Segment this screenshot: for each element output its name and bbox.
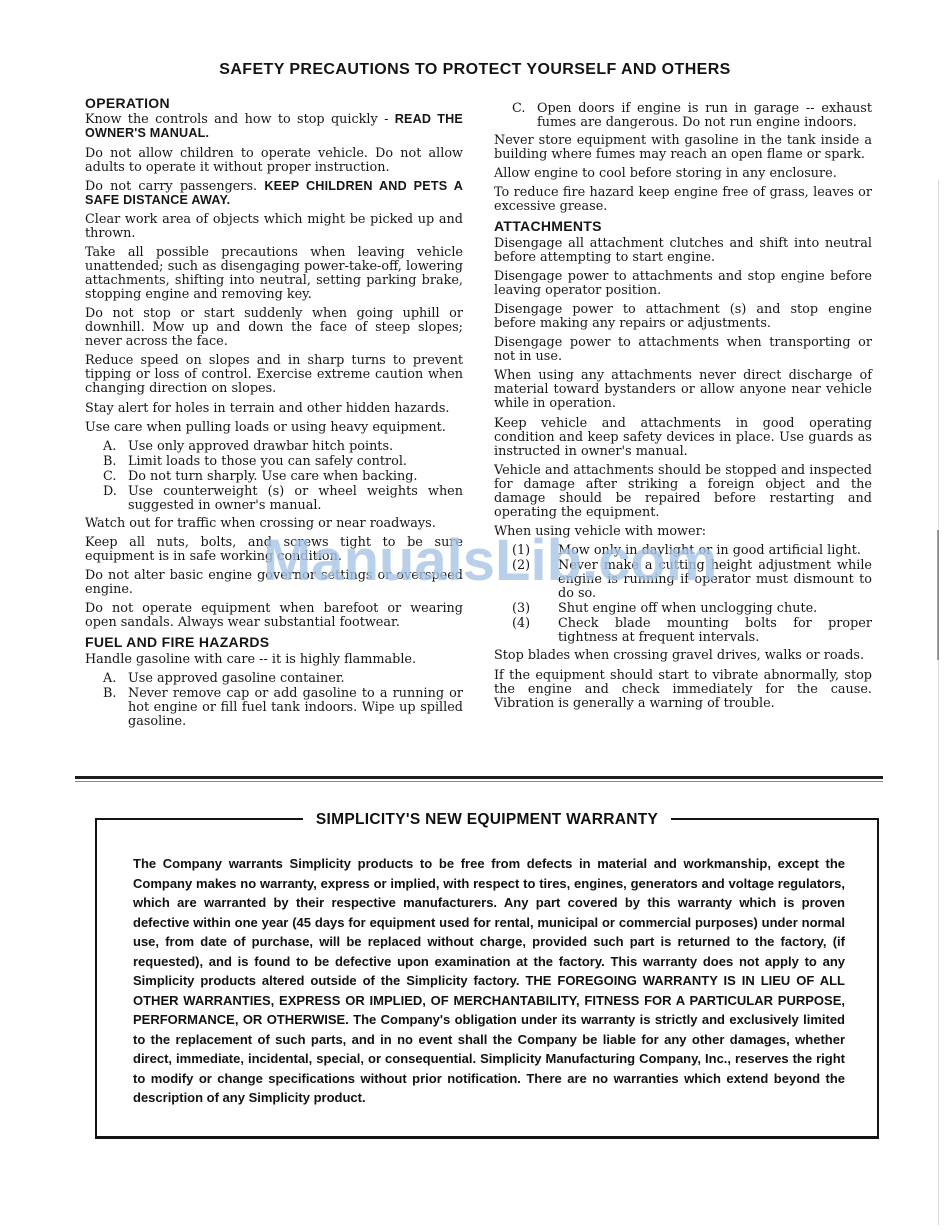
paragraph-text: Use counterweight (s) or wheel weights w…	[128, 485, 463, 513]
paragraph-text: Keep all nuts, bolts, and screws tight t…	[85, 535, 463, 564]
paragraph-text: Never store equipment with gasoline in t…	[494, 133, 872, 162]
paragraph-text: When using vehicle with mower:	[494, 524, 706, 539]
paragraph-text: Reduce speed on slopes and in sharp turn…	[85, 353, 463, 396]
paragraph-text: Allow engine to cool before storing in a…	[494, 166, 837, 181]
paragraph-text: Disengage all attachment clutches and sh…	[494, 236, 872, 265]
list-item: (4)Check blade mounting bolts for proper…	[512, 617, 872, 645]
left-column: OPERATIONKnow the controls and how to st…	[85, 94, 463, 730]
paragraph-text: Use only approved drawbar hitch points.	[128, 440, 463, 454]
list-marker: A.	[103, 440, 128, 454]
list-marker: A.	[103, 672, 128, 686]
paragraph-text: Limit loads to those you can safely cont…	[128, 455, 463, 469]
paragraph: Clear work area of objects which might b…	[85, 213, 463, 241]
warranty-box: SIMPLICITY'S NEW EQUIPMENT WARRANTY The …	[95, 818, 879, 1139]
paragraph-text: Stay alert for holes in terrain and othe…	[85, 401, 449, 416]
paragraph-text: Do not operate equipment when barefoot o…	[85, 601, 463, 630]
paragraph-text: Handle gasoline with care -- it is highl…	[85, 652, 416, 667]
paragraph-text: Use approved gasoline container.	[128, 672, 463, 686]
paragraph: Use care when pulling loads or using hea…	[85, 421, 463, 435]
paragraph-text: Disengage power to attachments and stop …	[494, 269, 872, 298]
paragraph: Reduce speed on slopes and in sharp turn…	[85, 354, 463, 396]
paragraph-text: Never remove cap or add gasoline to a ru…	[128, 687, 463, 729]
list-item: C.Do not turn sharply. Use care when bac…	[103, 470, 463, 484]
paragraph: Handle gasoline with care -- it is highl…	[85, 653, 463, 667]
paragraph-text: Do not carry passengers. KEEP CHILDREN A…	[85, 179, 463, 208]
list-item: A.Use only approved drawbar hitch points…	[103, 440, 463, 454]
paragraph-text: To reduce fire hazard keep engine free o…	[494, 185, 872, 214]
paragraph: To reduce fire hazard keep engine free o…	[494, 186, 872, 214]
paragraph: When using vehicle with mower:	[494, 525, 872, 539]
list-item: B.Never remove cap or add gasoline to a …	[103, 687, 463, 729]
list-marker: (3)	[512, 602, 558, 616]
paragraph: Vehicle and attachments should be stoppe…	[494, 464, 872, 520]
warranty-title: SIMPLICITY'S NEW EQUIPMENT WARRANTY	[303, 811, 671, 829]
list-item: (3)Shut engine off when unclogging chute…	[512, 602, 872, 616]
manual-page: SAFETY PRECAUTIONS TO PROTECT YOURSELF A…	[0, 0, 950, 1230]
list-item: (1)Mow only in daylight or in good artif…	[512, 544, 872, 558]
scan-artifact-line	[938, 180, 939, 1225]
paragraph: Take all possible precautions when leavi…	[85, 246, 463, 302]
warranty-body: The Company warrants Simplicity products…	[133, 854, 845, 1108]
list-item: D.Use counterweight (s) or wheel weights…	[103, 485, 463, 513]
list-item: (2)Never make a cutting height adjustmen…	[512, 559, 872, 601]
right-column: C.Open doors if engine is run in garage …	[494, 102, 872, 716]
scan-artifact-line-dark	[937, 530, 939, 660]
paragraph-text: Clear work area of objects which might b…	[85, 212, 463, 241]
paragraph-text: Mow only in daylight or in good artifici…	[558, 544, 872, 558]
section-heading: ATTACHMENTS	[494, 219, 872, 234]
paragraph: Disengage all attachment clutches and sh…	[494, 237, 872, 265]
paragraph-text: Do not turn sharply. Use care when backi…	[128, 470, 463, 484]
paragraph-text: Do not alter basic engine governor setti…	[85, 568, 463, 597]
list-marker: D.	[103, 485, 128, 513]
list-marker: B.	[103, 455, 128, 469]
section-divider-rule	[75, 776, 883, 782]
paragraph-text: Do not stop or start suddenly when going…	[85, 306, 463, 349]
paragraph-text: Never make a cutting height adjustment w…	[558, 559, 872, 601]
paragraph: Watch out for traffic when crossing or n…	[85, 517, 463, 531]
paragraph: Never store equipment with gasoline in t…	[494, 134, 872, 162]
paragraph: Keep vehicle and attachments in good ope…	[494, 417, 872, 459]
paragraph-text: Use care when pulling loads or using hea…	[85, 420, 446, 435]
paragraph-text: Check blade mounting bolts for proper ti…	[558, 617, 872, 645]
list-item: A.Use approved gasoline container.	[103, 672, 463, 686]
page-title: SAFETY PRECAUTIONS TO PROTECT YOURSELF A…	[0, 61, 950, 79]
paragraph-text: If the equipment should start to vibrate…	[494, 668, 872, 711]
paragraph: Disengage power to attachments when tran…	[494, 336, 872, 364]
paragraph-text: Do not allow children to operate vehicle…	[85, 146, 463, 175]
warranty-title-wrap: SIMPLICITY'S NEW EQUIPMENT WARRANTY	[97, 809, 877, 829]
paragraph: Do not operate equipment when barefoot o…	[85, 602, 463, 630]
paragraph: Stay alert for holes in terrain and othe…	[85, 402, 463, 416]
paragraph-text: Open doors if engine is run in garage --…	[537, 102, 872, 130]
paragraph: Do not stop or start suddenly when going…	[85, 307, 463, 349]
paragraph-text: Take all possible precautions when leavi…	[85, 245, 463, 302]
list-marker: C.	[512, 102, 537, 130]
paragraph: Stop blades when crossing gravel drives,…	[494, 649, 872, 663]
paragraph: Disengage power to attachment (s) and st…	[494, 303, 872, 331]
list-marker: (2)	[512, 559, 558, 601]
paragraph: Disengage power to attachments and stop …	[494, 270, 872, 298]
paragraph: Do not allow children to operate vehicle…	[85, 147, 463, 175]
paragraph: Do not alter basic engine governor setti…	[85, 569, 463, 597]
paragraph: When using any attachments never direct …	[494, 369, 872, 411]
section-heading: OPERATION	[85, 96, 463, 111]
paragraph-text: Disengage power to attachments when tran…	[494, 335, 872, 364]
paragraph-text: Stop blades when crossing gravel drives,…	[494, 648, 864, 663]
list-item: B.Limit loads to those you can safely co…	[103, 455, 463, 469]
paragraph-text: Keep vehicle and attachments in good ope…	[494, 416, 872, 459]
list-marker: B.	[103, 687, 128, 729]
paragraph-text: Disengage power to attachment (s) and st…	[494, 302, 872, 331]
list-item: C.Open doors if engine is run in garage …	[512, 102, 872, 130]
section-heading: FUEL AND FIRE HAZARDS	[85, 635, 463, 650]
paragraph: Keep all nuts, bolts, and screws tight t…	[85, 536, 463, 564]
paragraph-text: Shut engine off when unclogging chute.	[558, 602, 872, 616]
paragraph-text: Watch out for traffic when crossing or n…	[85, 516, 436, 531]
paragraph-text: When using any attachments never direct …	[494, 368, 872, 411]
paragraph: Allow engine to cool before storing in a…	[494, 167, 872, 181]
paragraph: Do not carry passengers. KEEP CHILDREN A…	[85, 180, 463, 208]
paragraph-text: Vehicle and attachments should be stoppe…	[494, 463, 872, 520]
paragraph: If the equipment should start to vibrate…	[494, 669, 872, 711]
list-marker: (4)	[512, 617, 558, 645]
list-marker: (1)	[512, 544, 558, 558]
paragraph: Know the controls and how to stop quickl…	[85, 113, 463, 141]
paragraph-text: Know the controls and how to stop quickl…	[85, 112, 463, 141]
list-marker: C.	[103, 470, 128, 484]
